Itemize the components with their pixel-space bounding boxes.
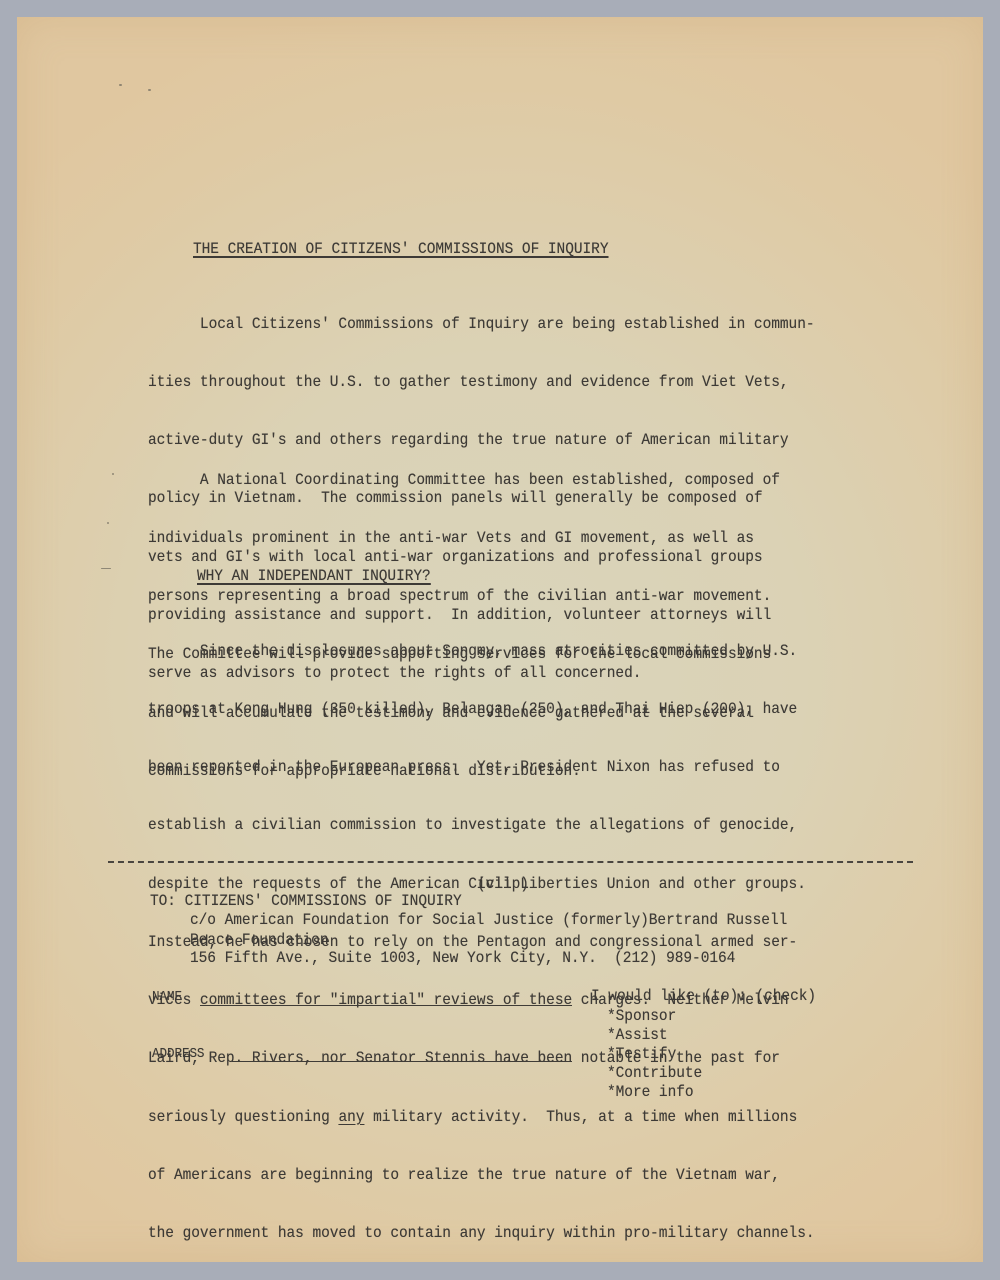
name-label: NAME [152, 988, 182, 1007]
text-fragment: military activity. Thus, at a time when … [364, 1108, 797, 1126]
option-assist[interactable]: *Assist [607, 1026, 668, 1045]
address-label: ADDRESS [152, 1045, 204, 1064]
to-line: TO: CITIZENS' COMMISSIONS OF INQUIRY [150, 892, 462, 911]
address-field[interactable] [232, 1061, 572, 1062]
address-line: 156 Fifth Ave., Suite 1003, New York Cit… [190, 949, 735, 968]
option-testify[interactable]: *Testify [607, 1045, 676, 1064]
text-line: Since the disclosures about Songmy, mass… [148, 642, 815, 661]
name-field[interactable] [200, 1005, 572, 1006]
option-contribute[interactable]: *Contribute [607, 1064, 702, 1083]
text-line: the government has moved to contain any … [148, 1224, 815, 1243]
address-line: c/o American Foundation for Social Justi… [190, 911, 787, 930]
paper-speck [148, 89, 151, 91]
text-line: A National Coordinating Committee has be… [148, 471, 780, 490]
text-fragment: seriously questioning [148, 1108, 338, 1126]
clip-label: (clip) [477, 875, 529, 894]
paper-speck [112, 473, 114, 475]
check-prompt: I would like (to): (check) [591, 987, 816, 1006]
text-line-underlined: seriously questioning any military activ… [148, 1108, 815, 1127]
option-sponsor[interactable]: *Sponsor [607, 1007, 676, 1026]
clip-dashed-line [108, 861, 913, 863]
paper-speck [107, 522, 109, 524]
text-line: troops at Kong Hung (350 killed), Belang… [148, 700, 815, 719]
option-more-info[interactable]: *More info [607, 1083, 694, 1102]
paper-speck [101, 568, 111, 569]
text-line: Local Citizens' Commissions of Inquiry a… [148, 315, 815, 334]
document-title: THE CREATION OF CITIZENS' COMMISSIONS OF… [193, 240, 609, 259]
text-line: individuals prominent in the anti-war Ve… [148, 529, 780, 548]
text-line: of Americans are beginning to realize th… [148, 1166, 815, 1185]
text-line: been reported in the European press. Yet… [148, 758, 815, 777]
text-line: establish a civilian commission to inves… [148, 816, 815, 835]
subheading: WHY AN INDEPENDANT INQUIRY? [197, 567, 431, 586]
text-line: ities throughout the U.S. to gather test… [148, 373, 815, 392]
paper-speck [119, 84, 122, 86]
underlined-word: any [338, 1108, 364, 1126]
address-line: Peace Foundation [190, 931, 329, 950]
text-line: Laird, Rep. Rivers, nor Senator Stennis … [148, 1049, 815, 1068]
